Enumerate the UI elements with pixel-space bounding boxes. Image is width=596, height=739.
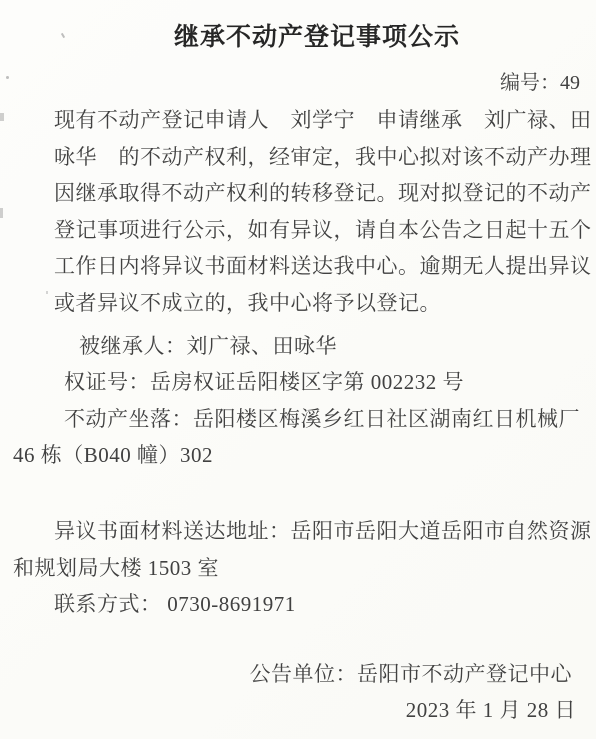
body-line: 登记事项进行公示，如有异议，请自本公告之日起十五个 xyxy=(54,212,580,249)
certificate-number-line: 权证号：岳房权证岳阳楼区字第 002232 号 xyxy=(54,364,580,401)
body-line: 现有不动产登记申请人 刘学宁 申请继承 刘广禄、田 xyxy=(54,102,580,139)
notice-text-block: 继承不动产登记事项公示 编号：49 现有不动产登记申请人 刘学宁 申请继承 刘广… xyxy=(54,22,580,729)
property-details: 被继承人：刘广禄、田咏华 权证号：岳房权证岳阳楼区字第 002232 号 不动产… xyxy=(54,328,580,474)
body-line: 工作日内将异议书面材料送达我中心。逾期无人提出异议 xyxy=(54,248,580,285)
contact-phone-line: 联系方式： 0730-8691971 xyxy=(54,586,580,623)
body-line: 因继承取得不动产权利的转移登记。现对拟登记的不动产 xyxy=(54,175,580,212)
property-location-continuation: 46 栋（B040 幢）302 xyxy=(13,437,580,474)
scan-speck xyxy=(46,291,48,294)
doc-number: 编号：49 xyxy=(54,68,580,98)
scan-speck xyxy=(0,208,3,218)
notice-body-paragraph: 现有不动产登记申请人 刘学宁 申请继承 刘广禄、田 咏华 的不动产权利，经审定，… xyxy=(54,102,580,322)
notice-title: 继承不动产登记事项公示 xyxy=(54,22,580,54)
objection-section: 异议书面材料送达地址：岳阳市岳阳大道岳阳市自然资源 和规划局大楼 1503 室 … xyxy=(54,513,580,623)
body-line: 咏华 的不动产权利，经审定，我中心拟对该不动产办理 xyxy=(54,139,580,176)
objection-address-continuation: 和规划局大楼 1503 室 xyxy=(13,550,580,587)
scanned-notice-page: 继承不动产登记事项公示 编号：49 现有不动产登记申请人 刘学宁 申请继承 刘广… xyxy=(0,0,596,739)
body-line: 或者异议不成立的，我中心将予以登记。 xyxy=(54,285,580,322)
decedent-line: 被继承人：刘广禄、田咏华 xyxy=(54,328,580,365)
scan-speck xyxy=(0,113,4,121)
scan-speck xyxy=(6,76,9,79)
issue-date-line: 2023 年 1 月 28 日 xyxy=(54,692,580,729)
objection-address-line: 异议书面材料送达地址：岳阳市岳阳大道岳阳市自然资源 xyxy=(54,513,580,550)
property-location-line: 不动产坐落：岳阳楼区梅溪乡红日社区湖南红日机械厂 xyxy=(54,401,580,438)
issuing-authority-line: 公告单位：岳阳市不动产登记中心 xyxy=(54,656,580,693)
notice-footer: 公告单位：岳阳市不动产登记中心 2023 年 1 月 28 日 xyxy=(54,656,580,729)
